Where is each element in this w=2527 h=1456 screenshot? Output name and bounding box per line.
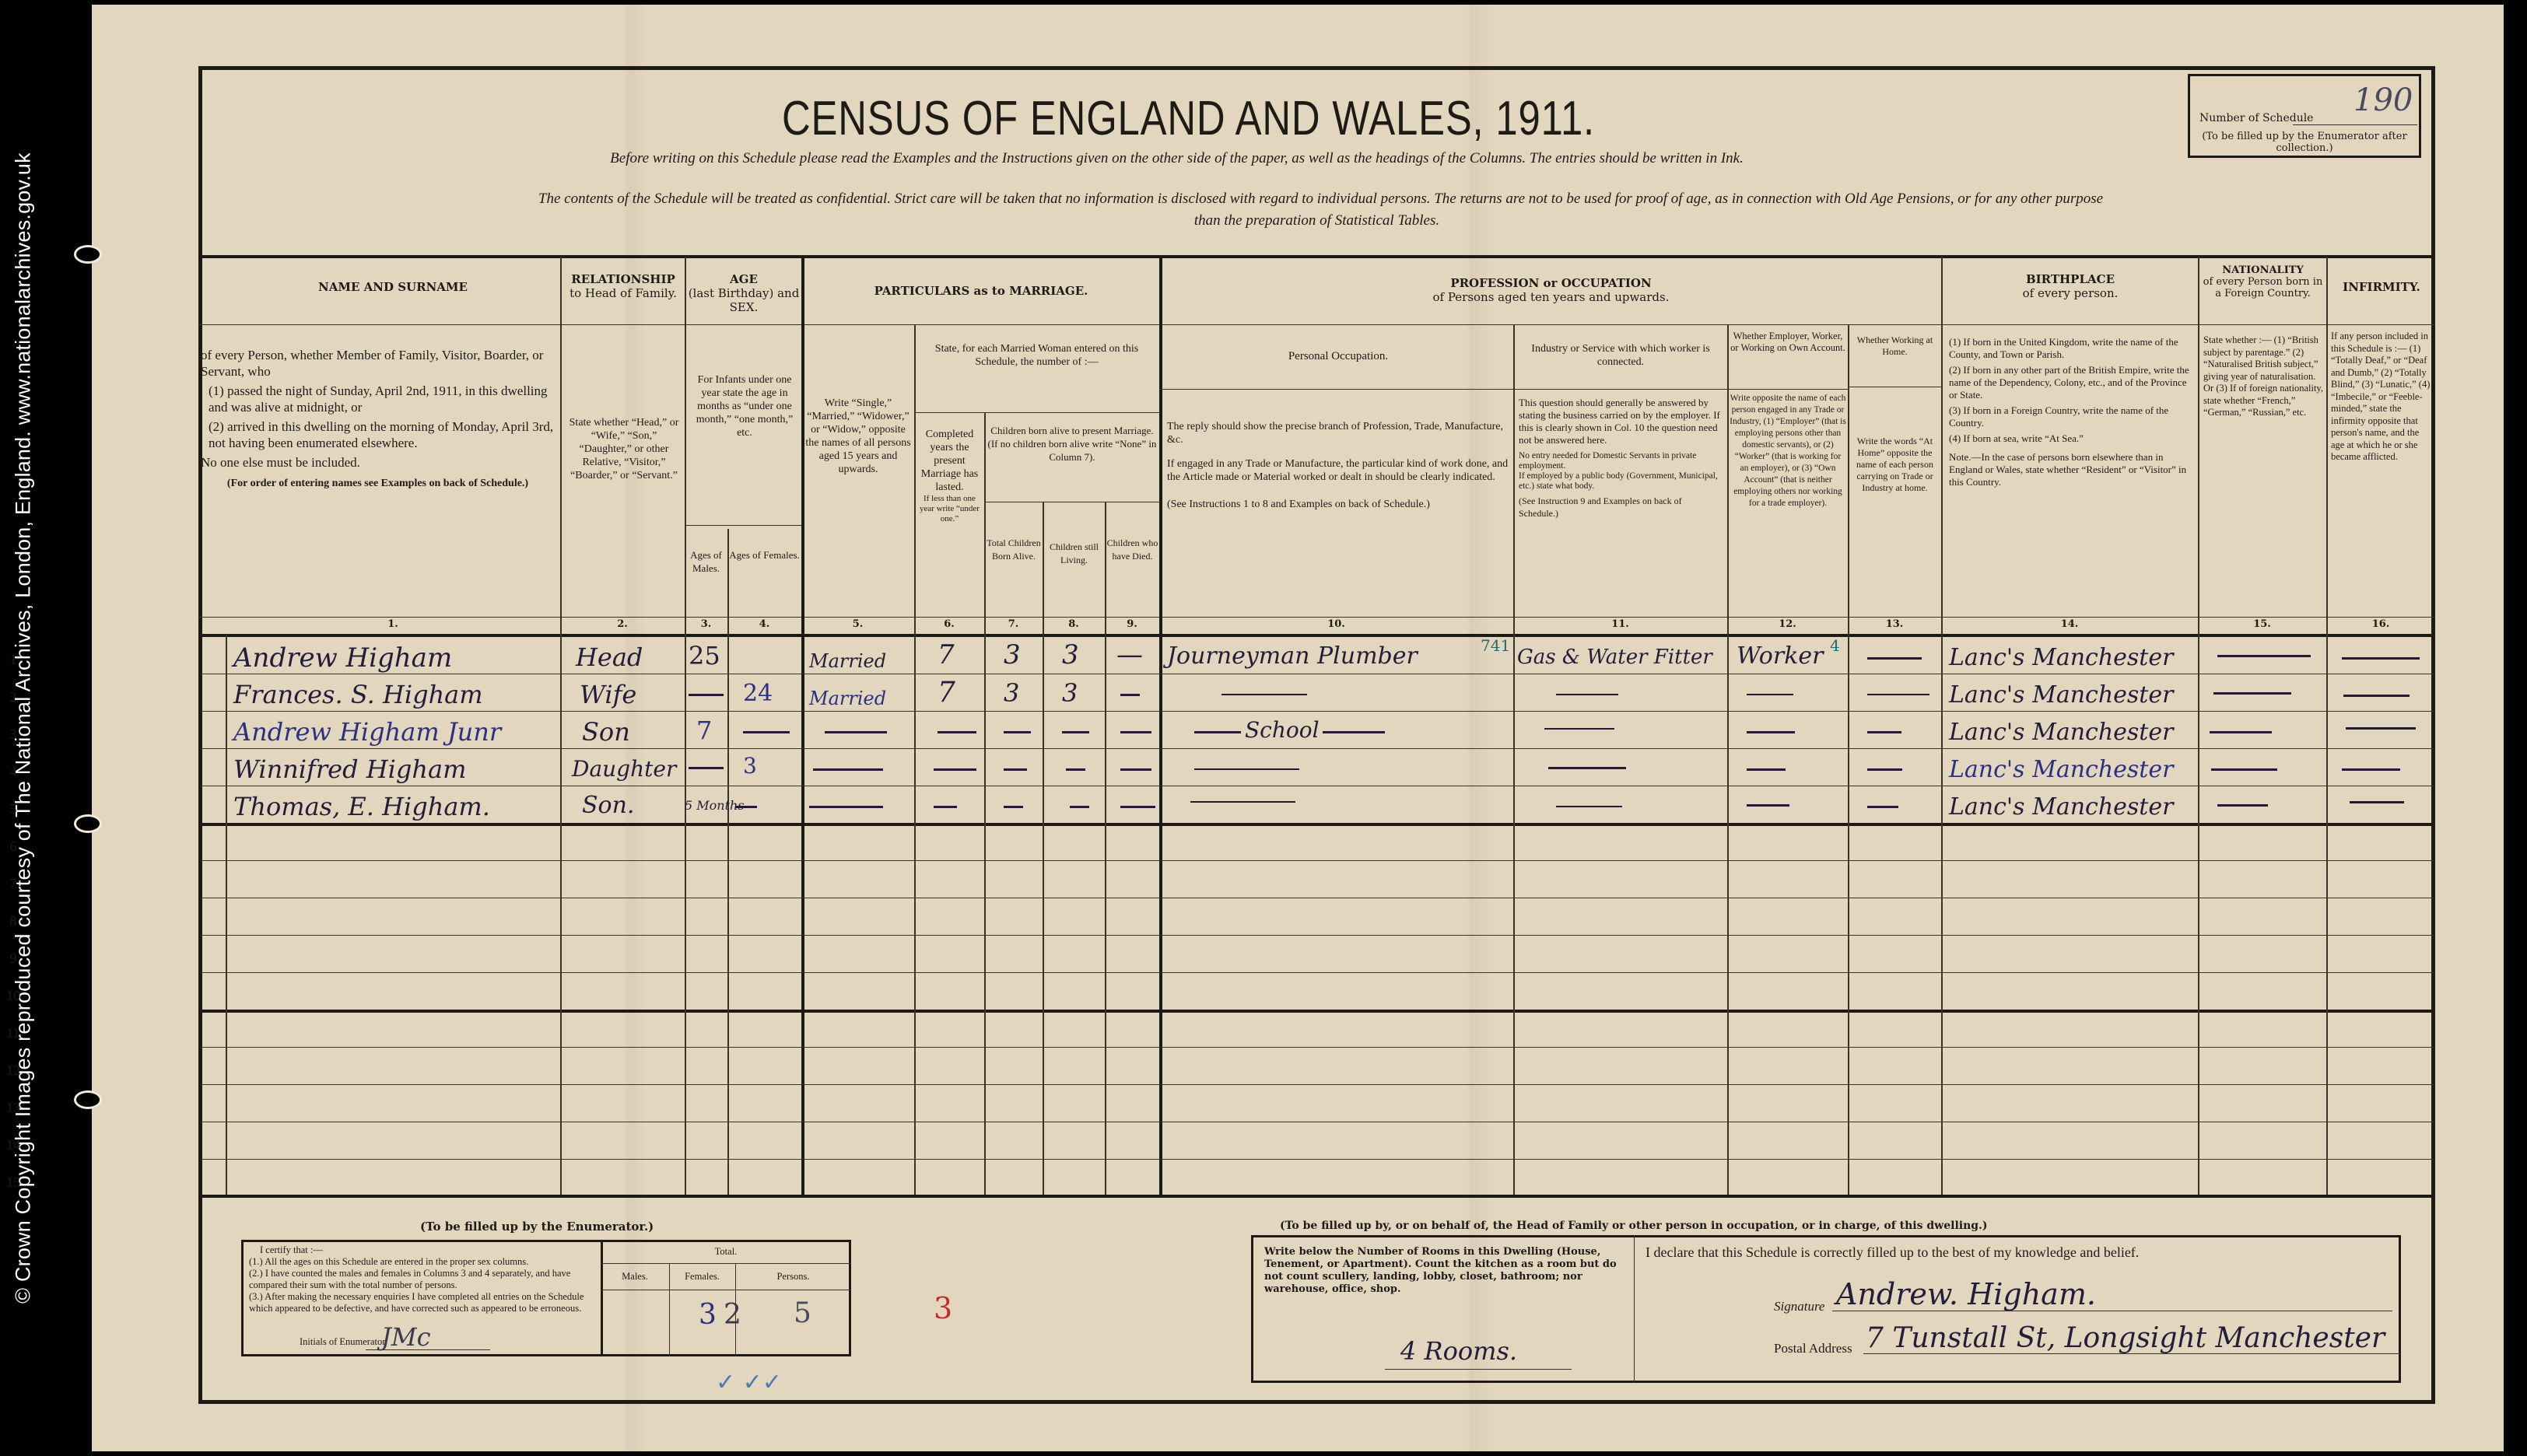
employment-code: 4: [1830, 636, 1840, 655]
age-female: 3: [743, 753, 757, 779]
table-bottom-rule: [198, 1195, 2435, 1198]
col-total-children-desc: Total Children Born Alive.: [985, 537, 1043, 563]
age-female: 24: [743, 680, 773, 707]
rownum-divider: [226, 634, 227, 1195]
col-name-desc: of every Person, whether Member of Famil…: [201, 347, 555, 492]
row-number: 10: [2, 988, 25, 1004]
row-number: 6: [2, 838, 25, 855]
col-infirmity-desc: If any person included in this Schedule …: [2331, 331, 2432, 464]
person-name: Andrew Higham: [233, 642, 452, 674]
total-label: Total.: [601, 1246, 851, 1258]
children-born: 3: [1004, 639, 1021, 670]
row-number: 13: [2, 1100, 25, 1116]
declaration-text: I declare that this Schedule is correctl…: [1646, 1244, 2139, 1261]
col-nationality-heading: NATIONALITYof every Person born in a For…: [2199, 264, 2326, 299]
birthplace: Lanc's Manchester: [1949, 719, 2173, 746]
col-industry-title: Industry or Service with which worker is…: [1516, 342, 1726, 369]
col-years-married-desc: Completed years the present Marriage has…: [917, 428, 983, 524]
relationship: Daughter: [572, 756, 676, 782]
postal-address-value: 7 Tunstall St, Longsight Manchester: [1866, 1322, 2385, 1354]
person-name: Andrew Higham Junr: [233, 717, 501, 747]
col-personal-occupation-desc: The reply should show the precise branch…: [1167, 420, 1509, 511]
children-born: 3: [1004, 678, 1019, 708]
row-number: 14: [2, 1137, 25, 1153]
col-marriage-heading: PARTICULARS as to MARRIAGE.: [803, 284, 1159, 298]
col-nationality-desc: State whether :— (1) “British subject by…: [2203, 334, 2324, 419]
males-label: Males.: [601, 1271, 669, 1283]
col-industry-desc: This question should generally be answer…: [1519, 397, 1723, 520]
years-married: 7: [938, 677, 955, 709]
heading-subrule: [198, 324, 2435, 325]
signature-value: Andrew. Higham.: [1836, 1277, 2096, 1311]
col-at-home-title: Whether Working at Home.: [1850, 334, 1940, 358]
signature-label: Signature: [1774, 1299, 1824, 1314]
birthplace: Lanc's Manchester: [1949, 793, 2173, 821]
years-married: 7: [938, 639, 955, 670]
row-number: 8: [2, 913, 25, 929]
red-annotation: 3: [934, 1291, 952, 1325]
row-number: 9: [2, 950, 25, 967]
col-infirmity-heading: INFIRMITY.: [2328, 280, 2435, 294]
punch-hole: [76, 817, 100, 831]
postal-address-label: Postal Address: [1774, 1341, 1852, 1356]
row-number: 12: [2, 1062, 25, 1079]
col-children-living-desc: Children still Living.: [1043, 541, 1105, 567]
col-condition-desc: Write “Single,” “Married,” “Widower,” or…: [804, 397, 912, 476]
birthplace: Lanc's Manchester: [1949, 756, 2173, 783]
enumerator-heading: (To be filled up by the Enumerator.): [420, 1220, 654, 1234]
col-age-heading: AGE(last Birthday) and SEX.: [686, 272, 801, 314]
birthplace: Lanc's Manchester: [1949, 681, 2173, 709]
children-born-desc: Children born alive to present Marriage.…: [987, 424, 1158, 464]
personal-occupation: School: [1245, 717, 1320, 743]
occupation-code: 741: [1481, 636, 1510, 655]
personal-occupation: Journeyman Plumber: [1167, 642, 1418, 670]
person-name: Frances. S. Higham: [233, 680, 483, 709]
persons-label: Persons.: [735, 1271, 851, 1283]
column-number-rule: [198, 617, 2435, 618]
total-males: 3: [699, 1299, 717, 1331]
children-died: —: [1116, 639, 1143, 670]
punch-hole: [76, 247, 100, 261]
initials-label: Initials of Enumerator: [300, 1336, 385, 1348]
age-male: 7: [696, 716, 712, 745]
col-name-heading: NAME AND SURNAME: [226, 280, 560, 294]
col-occupation-heading: PROFESSION or OCCUPATIONof Persons aged …: [1161, 276, 1941, 304]
punch-hole: [76, 1093, 100, 1107]
col-children-died-desc: Children who have Died.: [1106, 537, 1159, 563]
data-top-rule: [198, 634, 2435, 637]
col-at-home-desc: Write the words “At Home” opposite the n…: [1850, 436, 1940, 494]
col-personal-occupation-title: Personal Occupation.: [1163, 350, 1513, 363]
married-woman-desc: State, for each Married Woman entered on…: [918, 342, 1155, 369]
col-relationship-desc: State whether “Head,” or “Wife,” “Son,” …: [566, 416, 682, 482]
row-number: 7: [2, 876, 25, 892]
col-relationship-heading: RELATIONSHIPto Head of Family.: [562, 272, 685, 300]
col-birthplace-desc: (1) If born in the United Kingdom, write…: [1949, 336, 2194, 488]
check-marks: ✓ ✓✓: [716, 1369, 782, 1396]
relationship: Son.: [582, 792, 634, 819]
col-females-label: Ages of Females.: [727, 548, 801, 562]
birthplace: Lanc's Manchester: [1949, 644, 2173, 671]
row5-rule: [198, 823, 2435, 826]
age-male: 25: [689, 641, 720, 670]
total-females: 2: [724, 1299, 741, 1331]
females-label: Females.: [669, 1271, 735, 1283]
employment-status: Worker: [1737, 642, 1823, 670]
col-age-desc: For Infants under one year state the age…: [688, 373, 801, 439]
enumerator-certification: I certify that :— (1.) All the ages on t…: [249, 1244, 598, 1314]
col-males-label: Ages of Males.: [685, 548, 727, 575]
header-rule: [198, 255, 2435, 258]
relationship: Head: [576, 642, 643, 672]
person-name: Thomas, E. Higham.: [233, 792, 490, 821]
row-number: 15: [2, 1174, 25, 1191]
relationship: Son: [582, 717, 630, 747]
rooms-value: 4 Rooms.: [1400, 1336, 1517, 1366]
rooms-instruction: Write below the Number of Rooms in this …: [1264, 1246, 1626, 1296]
col-birthplace-heading: BIRTHPLACEof every person.: [1943, 272, 2198, 300]
children-living: 3: [1062, 639, 1079, 670]
relationship: Wife: [580, 680, 636, 709]
col-employer-desc: Write opposite the name of each person e…: [1730, 393, 1846, 509]
row10-rule: [198, 1010, 2435, 1013]
col-employer-title: Whether Employer, Worker, or Working on …: [1730, 331, 1846, 354]
industry: Gas & Water Fitter: [1517, 646, 1712, 669]
marital-condition: Married: [809, 650, 886, 672]
row-number: 11: [2, 1025, 25, 1041]
head-of-family-heading: (To be filled up by, or on behalf of, th…: [1280, 1220, 1988, 1232]
total-persons: 5: [794, 1297, 811, 1329]
enumerator-initials: JMc: [381, 1322, 431, 1352]
children-living: 3: [1062, 678, 1078, 708]
marital-condition: Married: [809, 688, 886, 709]
person-name: Winnifred Higham: [233, 754, 466, 784]
